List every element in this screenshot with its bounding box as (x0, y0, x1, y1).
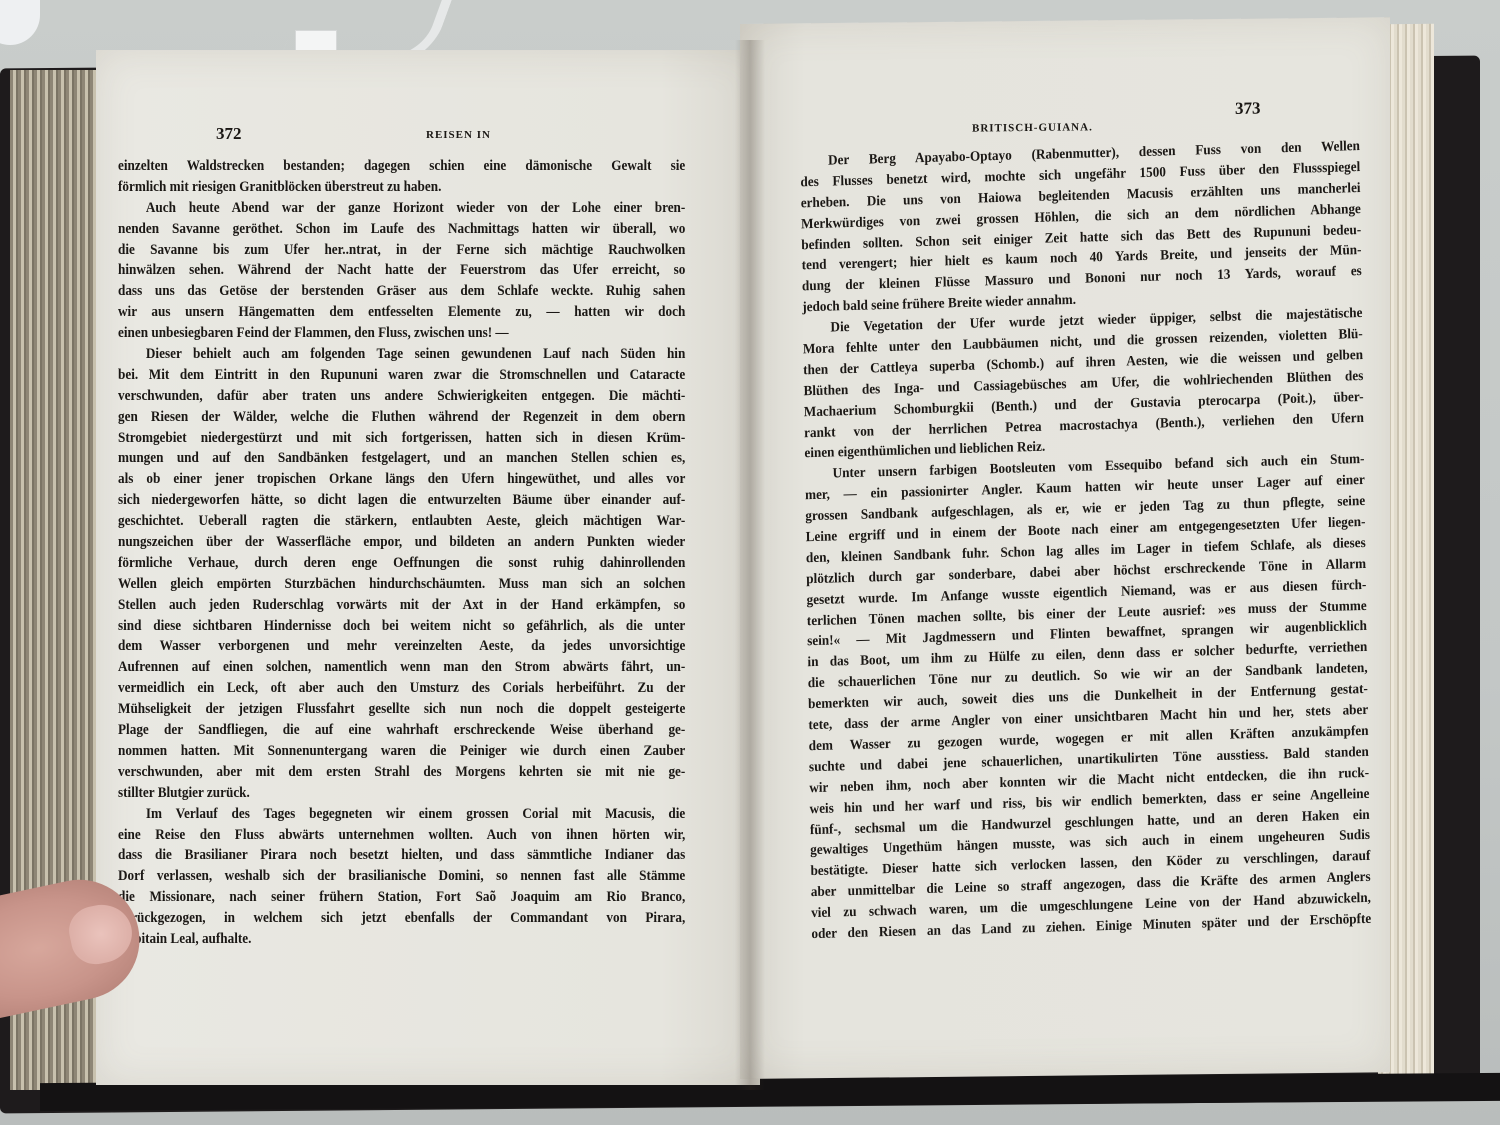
text-line: zurückgezogen, in welchem sich jetzt ebe… (118, 908, 685, 929)
text-line: nenden Savanne geröthet. Schon im Laufe … (118, 219, 685, 240)
text-line: dass die Brasilianer Pirara noch besetzt… (118, 845, 685, 866)
text-line: nommen hatten. Mit Sonnenuntergang waren… (118, 741, 685, 762)
text-line: vermeidlich ein Leck, oft aber auch den … (118, 678, 685, 699)
text-line: Wellen gleich empörten Sturzbächen hindu… (118, 574, 685, 595)
text-line: Dieser behielt auch am folgenden Tage se… (118, 344, 685, 365)
book-spine-gutter (735, 40, 765, 1090)
left-page-body: einzelten Waldstrecken bestanden; dagege… (118, 156, 685, 950)
right-page-number: 373 (1235, 99, 1261, 119)
text-line: geschichtet. Ueberall ragten die stärker… (118, 511, 685, 532)
text-line: bei. Mit dem Eintritt in den Rupununi wa… (118, 365, 685, 386)
text-line: nungszeichen über der Wasserfläche empor… (118, 532, 685, 553)
text-line: die Savanne bis zum Ufer her..ntrat, in … (118, 240, 685, 261)
right-page: 373 BRITISCH-GUIANA. Der Berg Apayabo-Op… (740, 17, 1390, 1079)
text-line: Plage der Sandfliegen, die auf eine wahr… (118, 720, 685, 741)
text-line: Stellen auch jeden Ruderschlag vorwärts … (118, 595, 685, 616)
text-line: wir aus unsern Hängematten dem entfessel… (118, 302, 685, 323)
text-line: dass uns das Getöse der berstenden Gräse… (118, 281, 685, 302)
text-line: förmlich mit riesigen Granitblöcken über… (118, 177, 685, 198)
text-line: stillter Blutgier zurück. (118, 783, 685, 804)
text-line: Mühseligkeit der jetzigen Flussfahrt ges… (118, 699, 685, 720)
text-line: Auch heute Abend war der ganze Horizont … (118, 198, 685, 219)
text-line: eine Reise den Fluss abwärts unternehmen… (118, 825, 685, 846)
text-line: die Missionare, nach seiner frühern Stat… (118, 887, 685, 908)
text-line: Dorf verlassen, weshalb sich der brasili… (118, 866, 685, 887)
text-line: verschwunden, aber mit dem ersten Strahl… (118, 762, 685, 783)
text-line: Capitain Leal, aufhalte. (118, 929, 685, 950)
background-object (0, 0, 40, 45)
text-line: gen Riesen der Wälder, welche die Fluthe… (118, 407, 685, 428)
text-line: einzelten Waldstrecken bestanden; dagege… (118, 156, 685, 177)
text-line: einen unbesiegbaren Feind der Flammen, d… (118, 323, 685, 344)
left-page: 372 REISEN IN einzelten Waldstrecken bes… (96, 50, 760, 1085)
text-line: Stromgebiet niedergestürzt und mit sich … (118, 428, 685, 449)
text-line: als ob einer jener tropischen Orkane län… (118, 469, 685, 490)
text-line: sich niedergeworfen hätte, so dicht lage… (118, 490, 685, 511)
right-page-body: Der Berg Apayabo-Optayo (Rabenmutter), d… (800, 136, 1371, 945)
text-line: hinwälzen sehen. Während der Nacht hatte… (118, 260, 685, 281)
text-line: sind diese sichtbaren Hindernisse doch b… (118, 616, 685, 637)
text-line: förmliche Verhaue, durch deren enge Oeff… (118, 553, 685, 574)
text-line: verschwunden, dafür aber traten uns ande… (118, 386, 685, 407)
text-line: dem Wasser verborgenen und mehr vereinze… (118, 636, 685, 657)
cable-plug (295, 30, 337, 52)
text-line: mungen und auf den Sandbänken festgelage… (118, 448, 685, 469)
text-line: Im Verlauf des Tages begegneten wir eine… (118, 804, 685, 825)
right-running-head: BRITISCH-GUIANA. (972, 121, 1093, 134)
left-page-number: 372 (216, 124, 242, 144)
left-running-head: REISEN IN (426, 129, 491, 141)
text-line: Aufrennen auf einen solchen, namentlich … (118, 657, 685, 678)
